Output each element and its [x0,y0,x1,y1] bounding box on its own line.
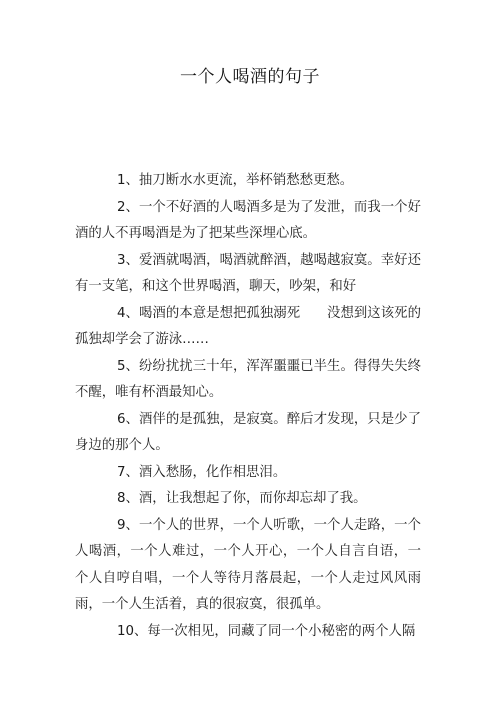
paragraph-8: 8、酒，让我想起了你，而你却忘却了我。 [75,486,421,513]
paragraph-7: 7、酒入愁肠，化作相思泪。 [75,460,421,487]
paragraph-9: 9、一个人的世界，一个人听歌，一个人走路，一个人喝酒，一个人难过，一个人开心，一… [75,513,421,619]
paragraph-2: 2、一个不好酒的人喝酒多是为了发泄，而我一个好酒的人不再喝酒是为了把某些深埋心底… [75,195,421,248]
document-title: 一个人喝酒的句子 [0,62,500,87]
paragraph-1: 1、抽刀断水水更流，举杯销愁愁更愁。 [75,168,421,195]
paragraph-10: 10、每一次相见，同藏了同一个小秘密的两个人隔 [75,619,421,646]
paragraph-3: 3、爱酒就喝酒，喝酒就醉酒，越喝越寂寞。幸好还有一支笔，和这个世界喝酒，聊天，吵… [75,248,421,301]
paragraph-4: 4、喝酒的本意是想把孤独溺死 没想到这该死的孤独却学会了游泳…… [75,301,421,354]
document-body: 1、抽刀断水水更流，举杯销愁愁更愁。 2、一个不好酒的人喝酒多是为了发泄，而我一… [75,168,421,645]
document-page: 一个人喝酒的句子 1、抽刀断水水更流，举杯销愁愁更愁。 2、一个不好酒的人喝酒多… [0,0,500,707]
paragraph-5: 5、纷纷扰扰三十年，浑浑噩噩已半生。得得失失终不醒，唯有杯酒最知心。 [75,354,421,407]
paragraph-6: 6、酒伴的是孤独，是寂寞。醉后才发现，只是少了身边的那个人。 [75,407,421,460]
